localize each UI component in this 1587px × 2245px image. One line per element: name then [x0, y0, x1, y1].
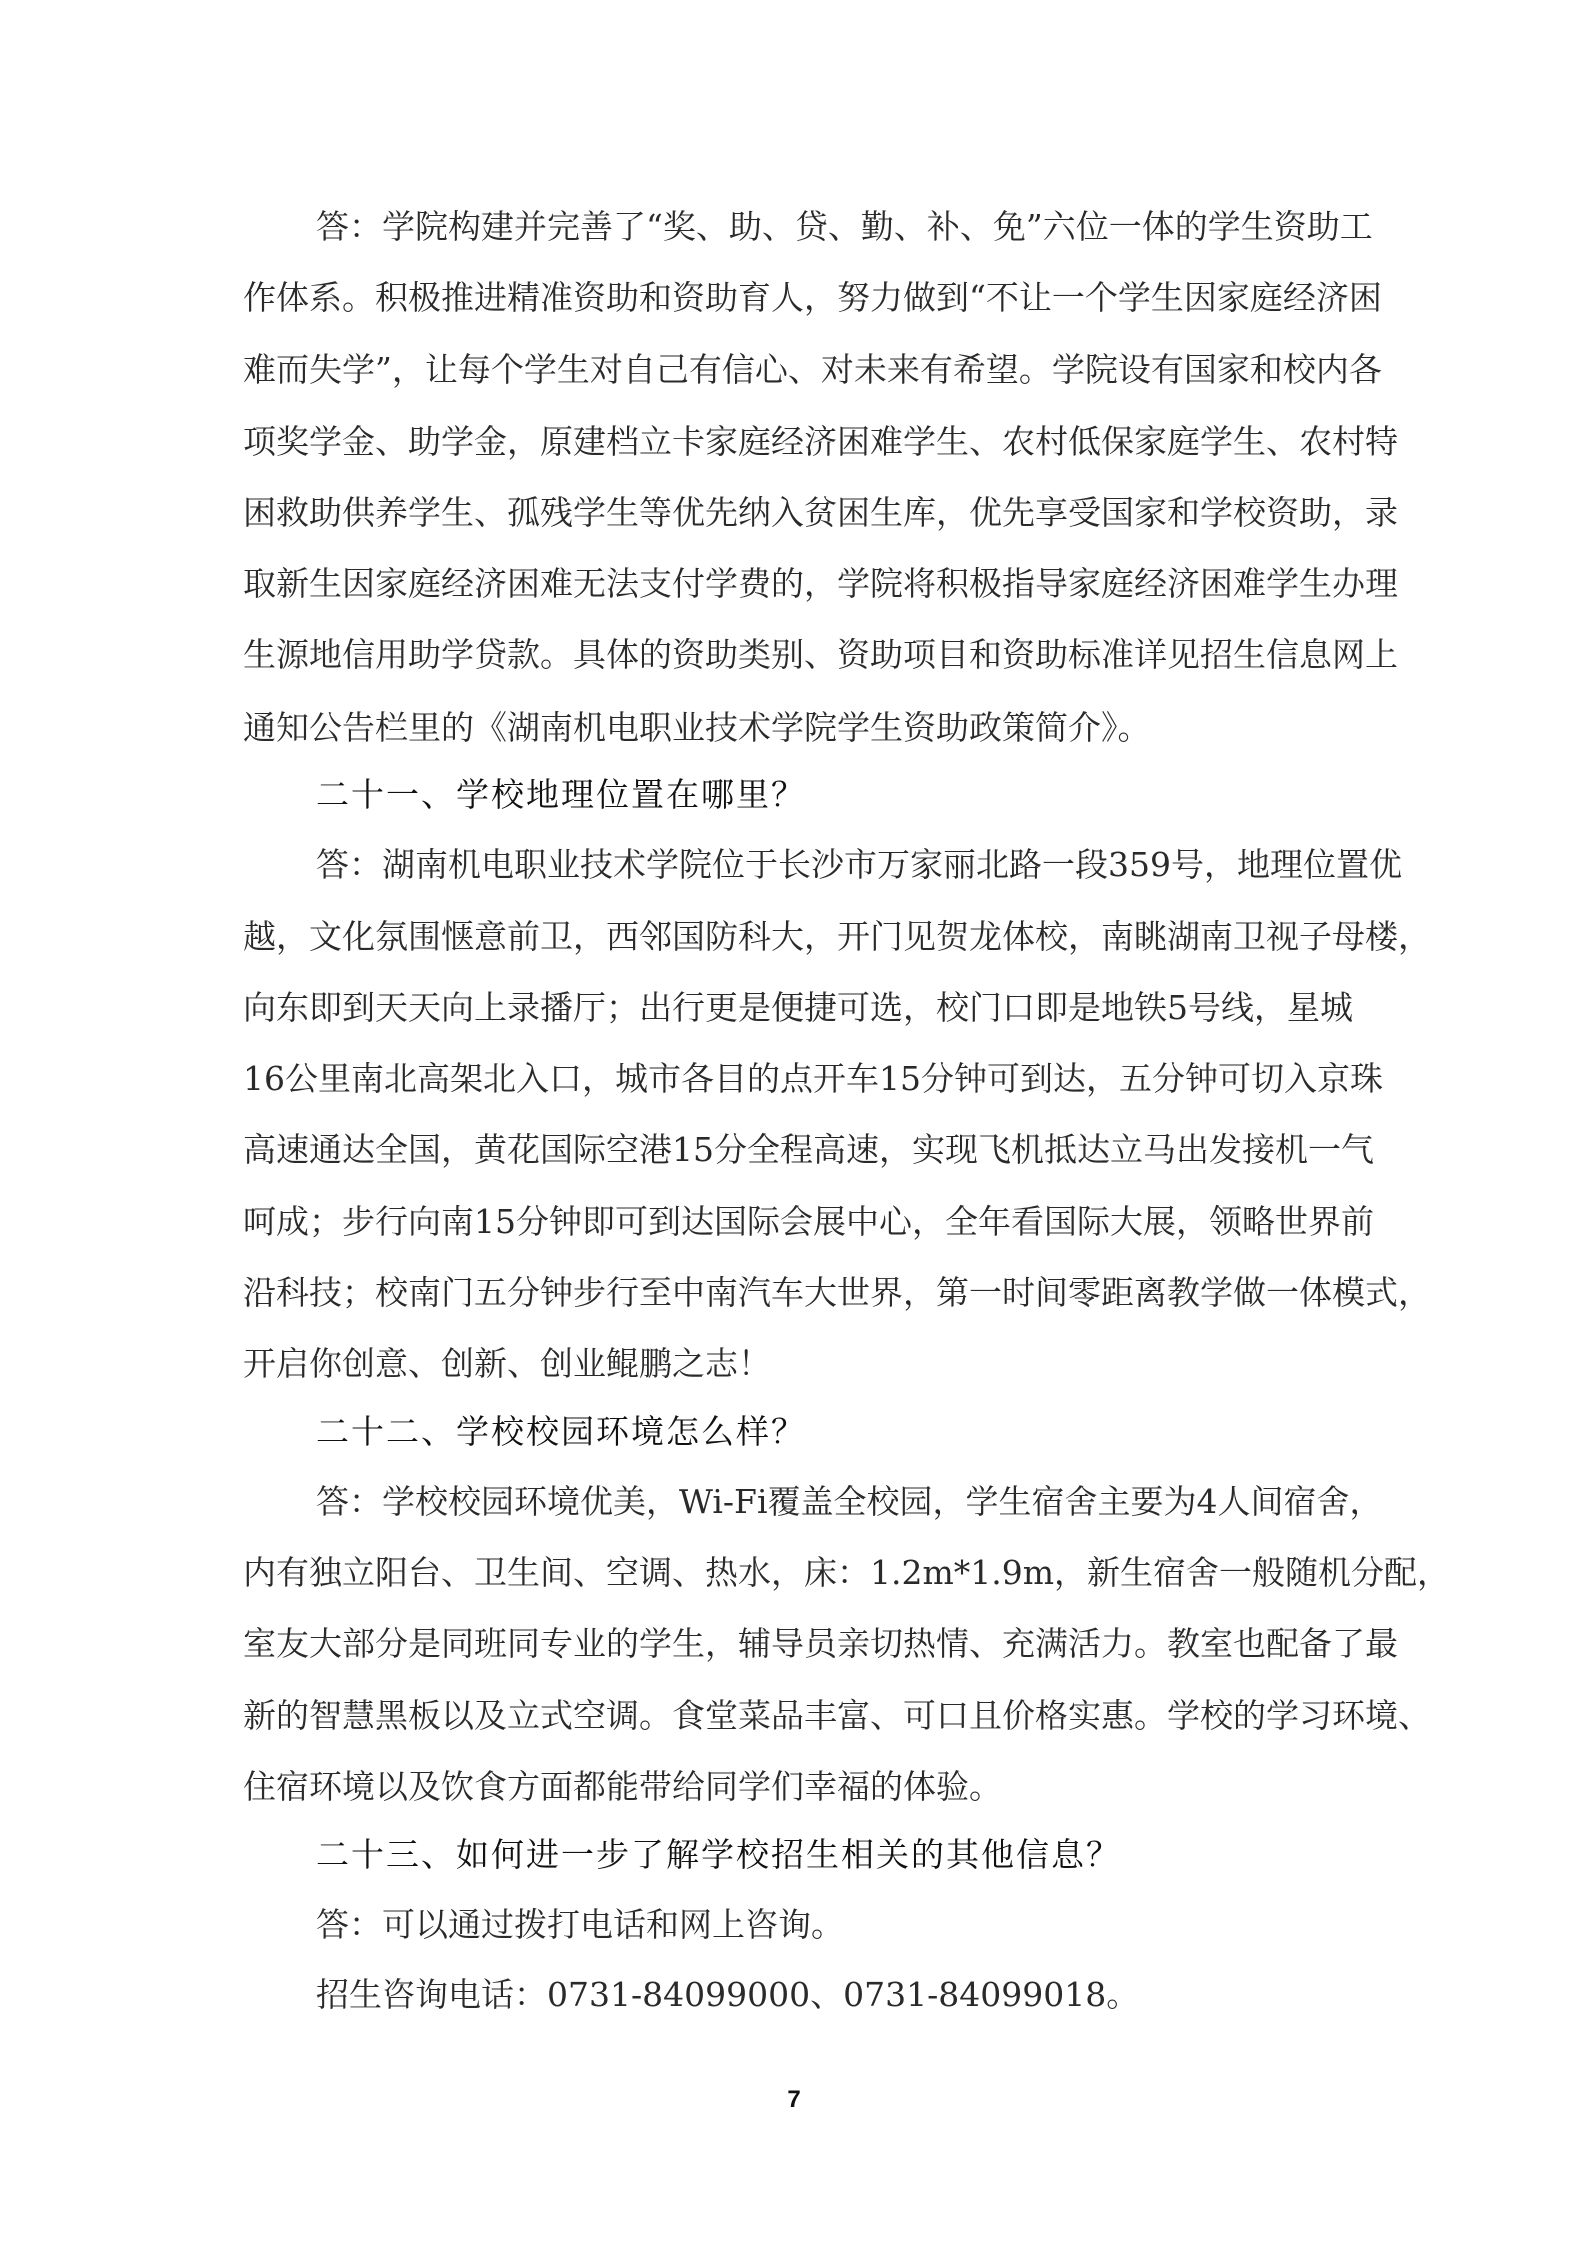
paragraph-line: 答：可以通过拨打电话和网上咨询。 [316, 1900, 1343, 1950]
paragraph-line: 作体系。积极推进精准资助和资助育人，努力做到“不让一个学生因家庭经济困 [243, 273, 1343, 323]
paragraph-line: 新的智慧黑板以及立式空调。食堂菜品丰富、可口且价格实惠。学校的学习环境、 [243, 1691, 1343, 1741]
contact-phone-line: 招生咨询电话：0731-84099000、0731-84099018。 [316, 1970, 1343, 2020]
paragraph-line: 呵成；步行向南15分钟即可到达国际会展中心，全年看国际大展，领略世界前 [243, 1197, 1343, 1247]
paragraph-line: 答：学校校园环境优美，Wi-Fi覆盖全校园，学生宿舍主要为4人间宿舍， [316, 1477, 1343, 1527]
paragraph-line: 向东即到天天向上录播厅；出行更是便捷可选，校门口即是地铁5号线，星城 [243, 983, 1343, 1033]
paragraph-line: 难而失学”，让每个学生对自己有信心、对未来有希望。学院设有国家和校内各 [243, 345, 1343, 395]
paragraph-line: 沿科技；校南门五分钟步行至中南汽车大世界，第一时间零距离教学做一体模式， [243, 1268, 1343, 1318]
paragraph-line: 项奖学金、助学金，原建档立卡家庭经济困难学生、农村低保家庭学生、农村特 [243, 417, 1343, 467]
paragraph-line: 高速通达全国，黄花国际空港15分全程高速，实现飞机抵达立马出发接机一气 [243, 1125, 1343, 1175]
paragraph-line: 答：湖南机电职业技术学院位于长沙市万家丽北路一段359号，地理位置优 [316, 840, 1343, 890]
paragraph-line: 取新生因家庭经济困难无法支付学费的，学院将积极指导家庭经济困难学生办理 [243, 559, 1343, 609]
paragraph-line: 内有独立阳台、卫生间、空调、热水，床：1.2m*1.9m，新生宿舍一般随机分配， [243, 1548, 1343, 1598]
paragraph-line: 通知公告栏里的《湖南机电职业技术学院学生资助政策简介》。 [243, 703, 1343, 753]
paragraph-line: 住宿环境以及饮食方面都能带给同学们幸福的体验。 [243, 1762, 1343, 1812]
paragraph-line: 16公里南北高架北入口，城市各目的点开车15分钟可到达，五分钟可切入京珠 [243, 1054, 1343, 1104]
section-heading-22: 二十二、学校校园环境怎么样？ [316, 1407, 806, 1457]
paragraph-line: 室友大部分是同班同专业的学生，辅导员亲切热情、充满活力。教室也配备了最 [243, 1619, 1343, 1669]
paragraph-line: 生源地信用助学贷款。具体的资助类别、资助项目和资助标准详见招生信息网上 [243, 630, 1343, 680]
paragraph-line: 开启你创意、创新、创业鲲鹏之志！ [243, 1339, 1343, 1389]
section-heading-21: 二十一、学校地理位置在哪里？ [316, 770, 806, 820]
paragraph-line: 困救助供养学生、孤残学生等优先纳入贫困生库，优先享受国家和学校资助，录 [243, 488, 1343, 538]
document-page: 答：学院构建并完善了“奖、助、贷、勤、补、免”六位一体的学生资助工 作体系。积极… [0, 0, 1587, 2245]
section-heading-23: 二十三、如何进一步了解学校招生相关的其他信息？ [316, 1830, 1121, 1880]
paragraph-line: 越，文化氛围惬意前卫，西邻国防科大，开门见贺龙体校，南眺湖南卫视子母楼， [243, 912, 1343, 962]
paragraph-line: 答：学院构建并完善了“奖、助、贷、勤、补、免”六位一体的学生资助工 [316, 202, 1343, 252]
page-number: 7 [780, 2082, 808, 2118]
